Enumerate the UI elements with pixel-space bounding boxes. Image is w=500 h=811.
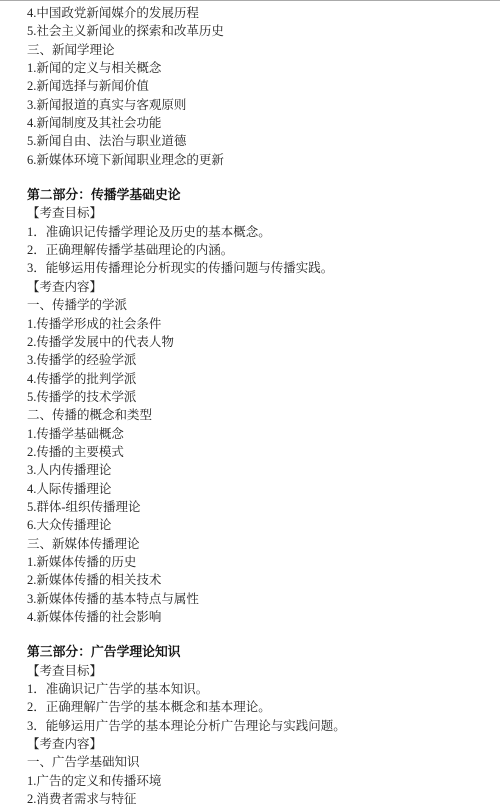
objective-line: 1．准确识记广告学的基本知识。 [27,680,480,698]
section-part-2: 第二部分：传播学基础史论 【考查目标】 1．准确识记传播学理论及历史的基本概念。… [27,186,480,626]
outline-line: 2.消费者需求与特征 [27,790,480,808]
objective-line: 3．能够运用传播理论分析现实的传播问题与传播实践。 [27,259,480,277]
outline-line: 1.广告的定义和传播环境 [27,772,480,790]
objective-line: 2．正确理解传播学基础理论的内涵。 [27,241,480,259]
outline-subheading: 一、广告学基础知识 [27,753,480,771]
outline-subheading: 一、传播学的学派 [27,296,480,314]
bracket-label: 【考查内容】 [27,735,480,753]
outline-line: 1.新媒体传播的历史 [27,553,480,571]
outline-line: 5.新闻自由、法治与职业道德 [27,132,480,150]
outline-line: 1.新闻的定义与相关概念 [27,59,480,77]
outline-line: 5.社会主义新闻业的探索和改革历史 [27,22,480,40]
outline-subheading: 三、新媒体传播理论 [27,535,480,553]
outline-line: 3.新媒体传播的基本特点与属性 [27,590,480,608]
outline-subheading: 三、新闻学理论 [27,41,480,59]
outline-line: 5.群体-组织传播理论 [27,498,480,516]
outline-subheading: 二、传播的概念和类型 [27,406,480,424]
outline-line: 5.传播学的技术学派 [27,388,480,406]
objective-line: 3．能够运用广告学的基本理论分析广告理论与实践问题。 [27,717,480,735]
outline-line: 1.传播学基础概念 [27,425,480,443]
outline-line: 4.传播学的批判学派 [27,370,480,388]
page-top-divider [0,0,500,1]
outline-line: 2.新闻选择与新闻价值 [27,77,480,95]
objective-line: 1．准确识记传播学理论及历史的基本概念。 [27,223,480,241]
outline-line: 1.传播学形成的社会条件 [27,315,480,333]
bracket-label: 【考查目标】 [27,662,480,680]
outline-line: 4.中国政党新闻媒介的发展历程 [27,4,480,22]
outline-line: 6.新媒体环境下新闻职业理念的更新 [27,151,480,169]
outline-line: 3.新闻报道的真实与客观原则 [27,96,480,114]
outline-line: 4.人际传播理论 [27,480,480,498]
outline-line: 2.传播学发展中的代表人物 [27,333,480,351]
document-content: 4.中国政党新闻媒介的发展历程 5.社会主义新闻业的探索和改革历史 三、新闻学理… [0,0,500,808]
outline-line: 2.新媒体传播的相关技术 [27,571,480,589]
objective-line: 2．正确理解广告学的基本概念和基本理论。 [27,698,480,716]
bracket-label: 【考查内容】 [27,278,480,296]
bracket-label: 【考查目标】 [27,204,480,222]
outline-line: 6.大众传播理论 [27,516,480,534]
document-page: 4.中国政党新闻媒介的发展历程 5.社会主义新闻业的探索和改革历史 三、新闻学理… [0,0,500,811]
outline-line: 4.新闻制度及其社会功能 [27,114,480,132]
outline-line: 3.传播学的经验学派 [27,351,480,369]
part-heading: 第二部分：传播学基础史论 [27,186,480,204]
outline-line: 3.人内传播理论 [27,461,480,479]
outline-line: 2.传播的主要模式 [27,443,480,461]
part-heading: 第三部分：广告学理论知识 [27,643,480,661]
outline-line: 4.新媒体传播的社会影响 [27,608,480,626]
section-part-3: 第三部分：广告学理论知识 【考查目标】 1．准确识记广告学的基本知识。 2．正确… [27,643,480,808]
